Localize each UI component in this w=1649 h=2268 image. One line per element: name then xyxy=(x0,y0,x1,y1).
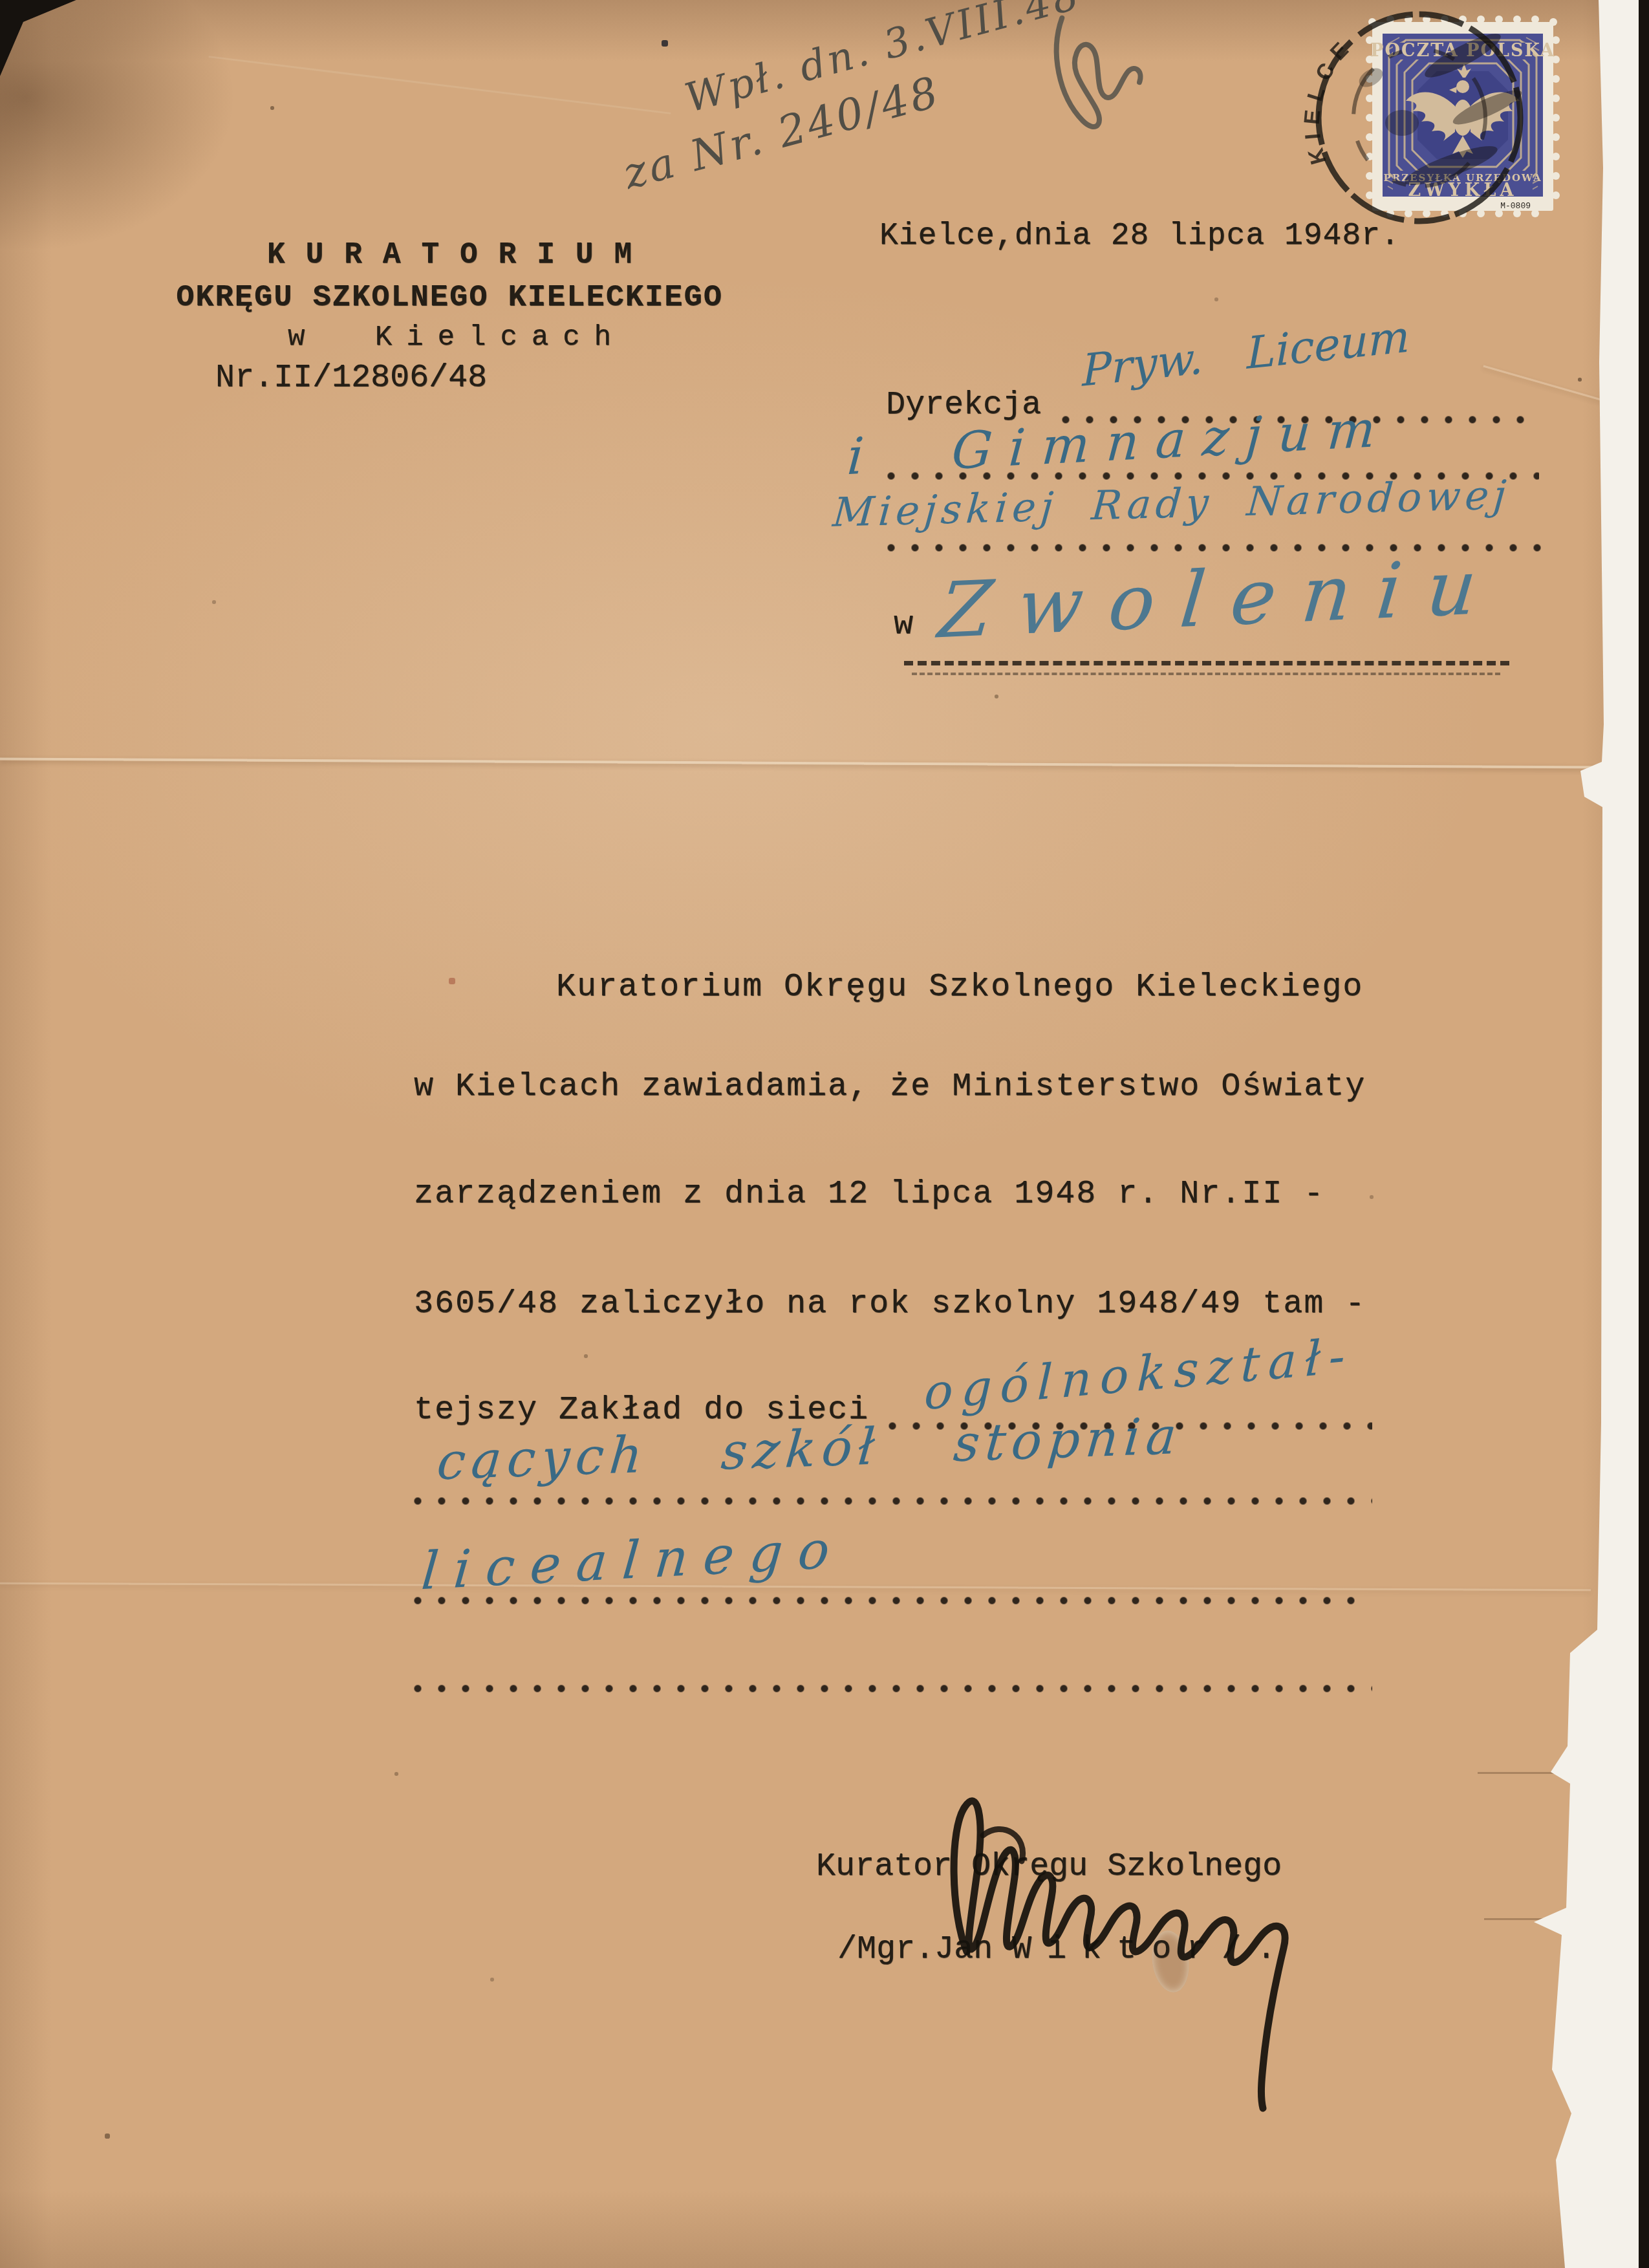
letterhead-district: OKRĘGU SZKOLNEGO KIELECKIEGO xyxy=(165,281,734,315)
fold-crease-lower xyxy=(0,1582,1591,1592)
dashed-underline-echo xyxy=(912,673,1500,675)
fold-crease-upper xyxy=(0,758,1604,769)
body-line-4: 3605/48 zaliczyło na rok szkolny 1948/49… xyxy=(414,1286,1366,1323)
letterhead-institution: KURATORIUM xyxy=(165,238,734,272)
postmark-city-text: KIELCE xyxy=(1300,32,1359,167)
received-annotation: Wpł. dn. 3.VIII.48 za Nr. 240/48 xyxy=(600,0,1140,200)
dotted-line xyxy=(413,1495,1372,1506)
postmark: KIELCE xyxy=(1293,0,1552,252)
body-line-3: zarządzeniem z dnia 12 lipca 1948 r. Nr.… xyxy=(414,1176,1324,1213)
dotted-line xyxy=(413,1595,1363,1605)
edge-tear-mark-2 xyxy=(1484,1918,1575,1920)
addressee-city-prefix: w xyxy=(894,607,913,643)
addressee-label: Dyrekcja xyxy=(886,387,1041,424)
edge-tear-mark-1 xyxy=(1478,1772,1575,1774)
body-handwritten-insert-1: ogólnokształ- xyxy=(923,1328,1355,1421)
letterhead: KURATORIUM OKRĘGU SZKOLNEGO KIELECKIEGO … xyxy=(165,238,734,354)
reference-number: Nr.II/12806/48 xyxy=(215,360,487,396)
addressee-city-handwritten: Zwoleniu xyxy=(935,541,1507,656)
scanner-edge-strip xyxy=(1639,0,1649,2268)
received-paraph-squiggle xyxy=(1017,0,1185,168)
ink-signature xyxy=(905,1758,1358,2120)
letterhead-city: w Kielcach xyxy=(165,321,734,354)
dotted-line xyxy=(413,1683,1372,1693)
letter-paper: Wpł. dn. 3.VIII.48 za Nr. 240/48 KURATOR… xyxy=(0,0,1641,2268)
body-line-2: w Kielcach zawiadamia, że Ministerstwo O… xyxy=(414,1068,1366,1105)
edge-crease-below-stamp xyxy=(1483,365,1608,402)
body-line-1: Kuratorium Okręgu Szkolnego Kieleckiego xyxy=(556,969,1363,1006)
addressee-handwritten-line1: Pryw. Liceum xyxy=(1082,311,1410,397)
dashed-underline xyxy=(904,661,1509,665)
body-handwritten-insert-3: licealnego xyxy=(419,1519,847,1602)
scanned-letter: Wpł. dn. 3.VIII.48 za Nr. 240/48 KURATOR… xyxy=(0,0,1649,2268)
